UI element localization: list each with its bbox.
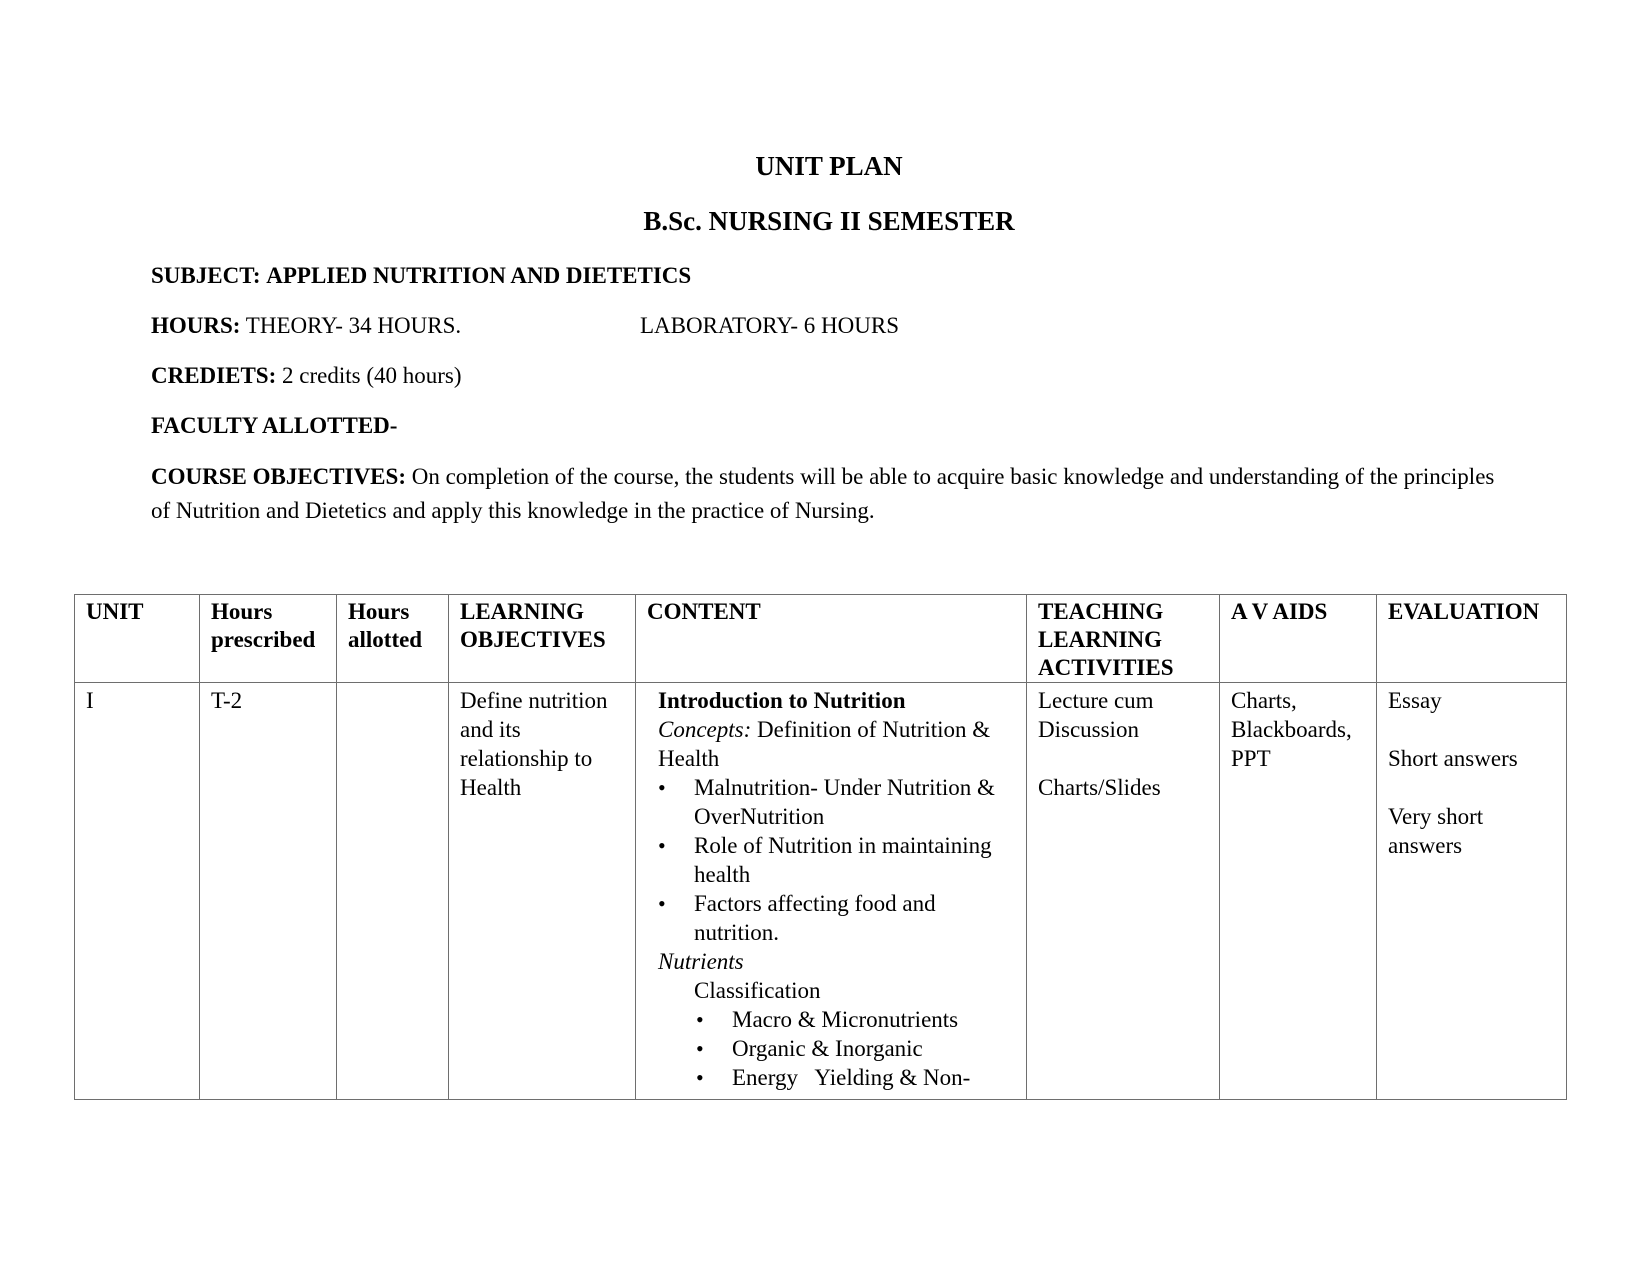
header-evaluation: EVALUATION [1377, 595, 1567, 683]
faculty-label: FACULTY ALLOTTED- [151, 413, 397, 438]
hours-line: HOURS: THEORY- 34 HOURS. [151, 313, 461, 339]
table-row: I T-2 Define nutrition and its relations… [75, 683, 1567, 1100]
cell-av-aids: Charts, Blackboards, PPT [1220, 683, 1377, 1100]
classification-label: Classification [658, 976, 1016, 1005]
cell-hours-prescribed: T-2 [200, 683, 337, 1100]
course-objectives: COURSE OBJECTIVES: On completion of the … [151, 460, 1501, 528]
list-item: Role of Nutrition in maintaining health [694, 831, 1016, 889]
list-item: Factors affecting food and nutrition. [694, 889, 1016, 947]
unit-plan-table: UNIT Hours prescribed Hours allotted LEA… [74, 594, 1567, 1100]
content-bullets: Malnutrition- Under Nutrition & OverNutr… [658, 773, 1016, 947]
header-content: CONTENT [636, 595, 1027, 683]
subject-value: APPLIED NUTRITION AND DIETETICS [266, 263, 691, 288]
cell-hours-allotted [337, 683, 449, 1100]
cell-teaching-activities: Lecture cum Discussion Charts/Slides [1027, 683, 1220, 1100]
evaluation-item: Short answers [1388, 744, 1556, 773]
hours-theory: THEORY- 34 HOURS. [246, 313, 461, 338]
page-subtitle: B.Sc. NURSING II SEMESTER [0, 206, 1650, 237]
list-item: Macro & Micronutrients [732, 1005, 1016, 1034]
classification-bullets: Macro & Micronutrients Organic & Inorgan… [658, 1005, 1016, 1092]
nutrients-label: Nutrients [658, 947, 1016, 976]
header-teaching-learning-activities: TEACHING LEARNING ACTIVITIES [1027, 595, 1220, 683]
list-item: Energy Yielding & Non- [732, 1063, 1016, 1092]
subject-line: SUBJECT: APPLIED NUTRITION AND DIETETICS [151, 263, 691, 289]
faculty-line: FACULTY ALLOTTED- [151, 413, 397, 439]
teaching-activity: Lecture cum Discussion [1038, 686, 1209, 744]
evaluation-item: Essay [1388, 686, 1556, 715]
header-learning-objectives: LEARNING OBJECTIVES [449, 595, 636, 683]
header-av-aids: A V AIDS [1220, 595, 1377, 683]
header-hours-prescribed: Hours prescribed [200, 595, 337, 683]
content-heading: Introduction to Nutrition [658, 686, 1016, 715]
hours-lab: LABORATORY- 6 HOURS [640, 313, 899, 339]
cell-learning-objectives: Define nutrition and its relationship to… [449, 683, 636, 1100]
credits-line: CREDIETS: 2 credits (40 hours) [151, 363, 462, 389]
concepts-label: Concepts: [658, 717, 751, 742]
content-concepts: Concepts: Definition of Nutrition & Heal… [658, 715, 1016, 773]
cell-evaluation: Essay Short answers Very short answers [1377, 683, 1567, 1100]
credits-value: 2 credits (40 hours) [282, 363, 462, 388]
page-title: UNIT PLAN [0, 151, 1650, 182]
header-hours-allotted: Hours allotted [337, 595, 449, 683]
credits-label: CREDIETS: [151, 363, 276, 388]
evaluation-item: Very short answers [1388, 802, 1556, 860]
objectives-label: COURSE OBJECTIVES: [151, 464, 406, 489]
list-item: Malnutrition- Under Nutrition & OverNutr… [694, 773, 1016, 831]
subject-label: SUBJECT: [151, 263, 261, 288]
hours-label: HOURS: [151, 313, 240, 338]
cell-content: Introduction to Nutrition Concepts: Defi… [636, 683, 1027, 1100]
cell-unit: I [75, 683, 200, 1100]
list-item: Organic & Inorganic [732, 1034, 1016, 1063]
teaching-activity: Charts/Slides [1038, 773, 1209, 802]
table-header-row: UNIT Hours prescribed Hours allotted LEA… [75, 595, 1567, 683]
header-unit: UNIT [75, 595, 200, 683]
